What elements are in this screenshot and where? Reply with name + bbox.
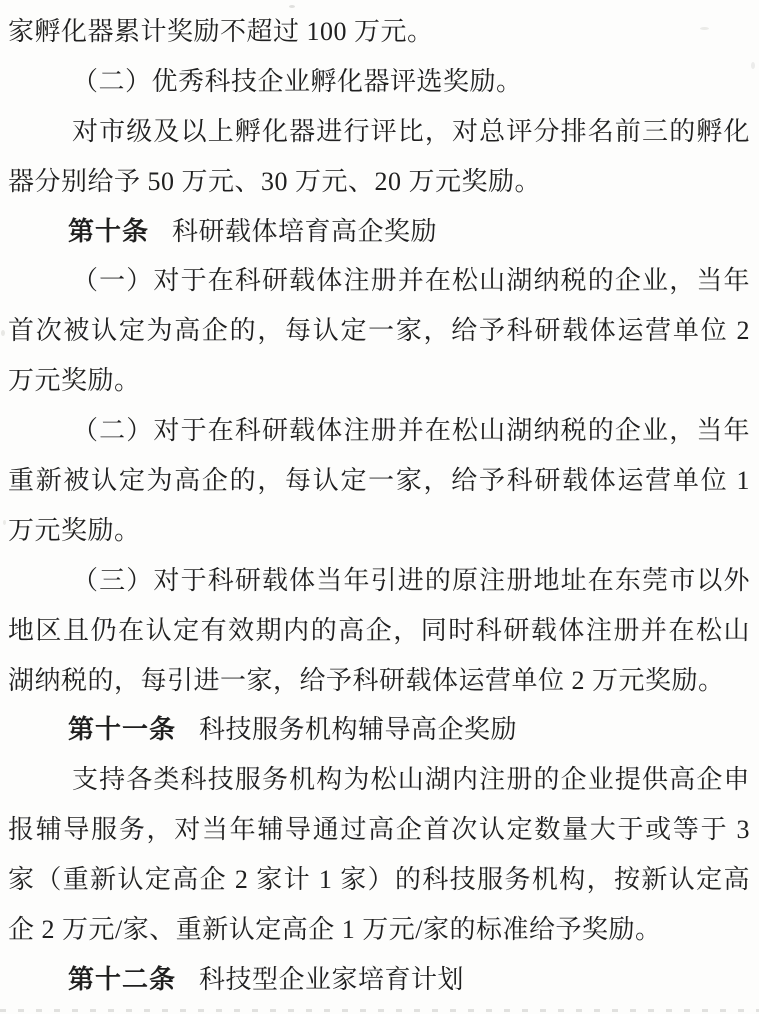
text-line: 企 2 万元/家、重新认定高企 1 万元/家的标准给予奖励。 [8, 905, 750, 955]
text-line: 家（重新认定高企 2 家计 1 家）的科技服务机构，按新认定高 [8, 855, 750, 905]
text-line: （二）优秀科技企业孵化器评选奖励。 [8, 57, 750, 107]
article-heading-12: 第十二条科技型企业家培育计划 [8, 955, 750, 1005]
text-line: 重新被认定为高企的，每认定一家，给予科研载体运营单位 1 [8, 456, 750, 506]
text-line: （一）对于在科研载体注册并在松山湖纳税的企业，当年 [8, 256, 750, 306]
scan-artifact [3, 520, 6, 525]
scan-artifact [751, 62, 755, 69]
scan-artifact [700, 27, 709, 30]
text-line: 万元奖励。 [8, 506, 750, 556]
article-heading-11: 第十一条科技服务机构辅导高企奖励 [8, 705, 750, 755]
text-line: 对市级及以上孵化器进行评比，对总评分排名前三的孵化 [8, 107, 750, 157]
scan-edge-noise [0, 1009, 759, 1012]
article-heading-10: 第十条科研载体培育高企奖励 [8, 207, 750, 257]
text-line: 湖纳税的，每引进一家，给予科研载体运营单位 2 万元奖励。 [8, 656, 750, 706]
article-number: 第十条 [68, 217, 149, 246]
article-number: 第十二条 [68, 965, 176, 994]
article-title: 科技型企业家培育计划 [199, 965, 464, 994]
scan-artifact [1, 330, 5, 336]
text-line: 万元奖励。 [8, 356, 750, 406]
scan-artifact [289, 5, 295, 8]
text-line: 地区且仍在认定有效期内的高企，同时科研载体注册并在松山 [8, 606, 750, 656]
text-line: 支持各类科技服务机构为松山湖内注册的企业提供高企申 [8, 755, 750, 805]
article-title: 科技服务机构辅导高企奖励 [199, 715, 517, 744]
document-page: 家孵化器累计奖励不超过 100 万元。 （二）优秀科技企业孵化器评选奖励。 对市… [0, 0, 759, 1014]
text-line: 家孵化器累计奖励不超过 100 万元。 [8, 7, 750, 57]
text-line: 报辅导服务，对当年辅导通过高企首次认定数量大于或等于 3 [8, 805, 750, 855]
text-line: 首次被认定为高企的，每认定一家，给予科研载体运营单位 2 [8, 306, 750, 356]
article-number: 第十一条 [68, 715, 176, 744]
text-line: （二）对于在科研载体注册并在松山湖纳税的企业，当年 [8, 406, 750, 456]
text-line: （三）对于科研载体当年引进的原注册地址在东莞市以外 [8, 556, 750, 606]
article-title: 科研载体培育高企奖励 [172, 217, 437, 246]
text-line: 器分别给予 50 万元、30 万元、20 万元奖励。 [8, 157, 750, 207]
